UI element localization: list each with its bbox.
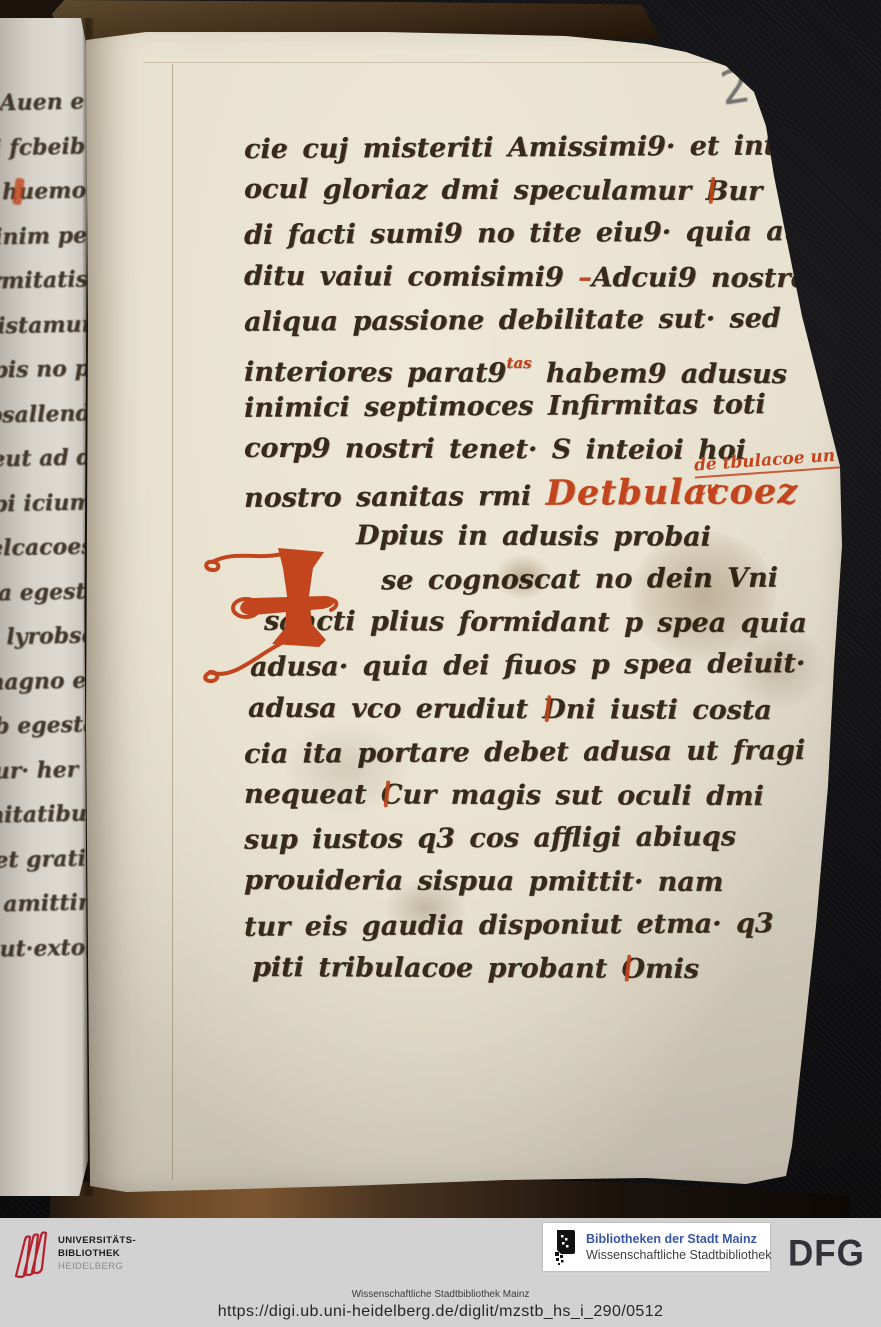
digitized-manuscript-viewer: ecs· Auen eOi fcbeibgfur huemoansinim pe…: [0, 0, 881, 1327]
manuscript-text: Dni iusti costa: [542, 694, 772, 726]
facing-page-line: ansinim pe: [0, 222, 87, 251]
manuscript-text: Adcui9 nostre: [592, 262, 808, 294]
manuscript-line: nequeat Cur magis sut oculi dmi: [244, 773, 764, 818]
facing-page-line: a· spi icium: [0, 489, 88, 518]
manuscript-text: cie cuj misteriti Amissimi9· et inteioib…: [244, 130, 870, 165]
manuscript-text: nostro sanitas rmi: [244, 480, 546, 513]
rubric-text: Detbulacoez: [545, 471, 798, 514]
facing-page-line: aut·extoll: [0, 934, 88, 963]
manuscript-text: di facti sumi9 no tite eiu9· quia au: [244, 216, 804, 251]
facing-page-line: mitatibus: [0, 800, 88, 829]
facing-page-line: Oi fcbeib: [0, 133, 85, 162]
footer-bar: UNIVERSITÄTS- BIBLIOTHEK HEIDELBERG: [0, 1218, 881, 1327]
facing-page-line: coltristamur: [0, 311, 88, 340]
facing-page-line: tur· her s: [0, 756, 88, 785]
manuscript-line: tur eis gaudia disponiut etma· q3: [244, 902, 774, 949]
manuscript-text: tas: [506, 354, 531, 372]
ruling-line-horizontal: [144, 62, 784, 63]
manuscript-line: se cognoscat no dein Vni: [381, 557, 778, 603]
manuscript-text: tur eis gaudia disponiut etma· q3: [244, 908, 774, 943]
facing-page: ecs· Auen eOi fcbeibgfur huemoansinim pe…: [0, 18, 88, 1196]
margin-note-red-sub: zu: [695, 477, 719, 499]
manuscript-text: inimici septimoces Infirmitas toti: [244, 389, 766, 424]
footer-url: https://digi.ub.uni-heidelberg.de/diglit…: [0, 1303, 881, 1321]
facing-page-line: infirmitatis: [0, 266, 88, 295]
manuscript-text: aliqua passione debilitate sut· sed: [244, 303, 781, 338]
facing-page-line: magno et: [0, 667, 88, 696]
manuscript-text: piti tribulacoe probant: [252, 952, 622, 985]
manuscript-line: cie cuj misteriti Amissimi9· et inteioib…: [244, 124, 870, 171]
manuscript-page: 253 cie cuj misteriti Amissimi9· et inte…: [86, 26, 848, 1192]
facing-page-line: ia ab egesta: [0, 711, 88, 740]
mainz-logo-block: Bibliotheken der Stadt Mainz Wissenschaf…: [543, 1223, 770, 1271]
facing-page-line: ad psallend: [0, 400, 88, 429]
manuscript-line: sup iustos q3 cos affligi abiuqs: [244, 815, 736, 861]
manuscript-line: di facti sumi9 no tite eiu9· quia au: [244, 210, 804, 257]
manuscript-text: interiores parat9: [244, 357, 507, 389]
manuscript-text: Dpius in adusis probai: [356, 520, 711, 553]
manuscript-line: inimici septimoces Infirmitas toti: [244, 383, 766, 430]
manuscript-text: –: [578, 262, 592, 293]
manuscript-line: ditu vaiui comisimi9 –Adcui9 nostre: [244, 254, 808, 299]
mainz-book-icon: [551, 1228, 577, 1266]
manuscript-text: nequeat: [244, 779, 381, 811]
rubricated-initial-icon: [198, 512, 378, 687]
manuscript-text: ditu vaiui comisimi9: [244, 260, 578, 292]
mainz-label-line1: Bibliotheken der Stadt Mainz: [586, 1231, 772, 1247]
pencil-folio-number: 253: [716, 46, 829, 116]
facing-page-line: a lyrobse: [0, 622, 88, 651]
dfg-logo: DFG: [788, 1233, 865, 1275]
facing-page-line: di amittim: [0, 889, 88, 918]
manuscript-text: cia ita portare debet adusa ut fragi: [244, 735, 805, 770]
facing-page-line: fiaeut ad d: [0, 444, 88, 473]
manuscript-text: se cognoscat no dein Vni: [381, 563, 778, 597]
ubh-logo-icon: [13, 1226, 49, 1282]
manuscript-line: aliqua passione debilitate sut· sed: [244, 297, 781, 344]
facing-page-line: o ista egesta: [0, 578, 88, 607]
manuscript-line: Dpius in adusis probai: [356, 514, 711, 559]
ubh-label-line1: UNIVERSITÄTS-: [58, 1234, 136, 1247]
manuscript-line: corp9 nostri tenet· S inteioi hoi: [244, 427, 746, 472]
manuscript-text: corp9 nostri tenet· S inteioi hoi: [244, 433, 746, 466]
manuscript-text: prouideria sispua pmittit· nam: [244, 865, 724, 898]
manuscript-text: ocul gloriaz dmi speculamur: [244, 174, 706, 207]
ubh-label-line3: HEIDELBERG: [58, 1260, 136, 1273]
manuscript-text: adusa vco erudiut: [248, 692, 542, 724]
ruling-line-vertical: [172, 64, 173, 1180]
footer-caption: Wissenschaftliche Stadtbibliothek Mainz: [0, 1289, 881, 1300]
photo-area: ecs· Auen eOi fcbeibgfur huemoansinim pe…: [0, 0, 881, 1218]
facing-page-text: ecs· Auen eOi fcbeibgfur huemoansinim pe…: [0, 88, 84, 91]
facing-page-line: ecs· Auen e: [0, 88, 85, 117]
manuscript-text: Cur magis sut oculi dmi: [381, 779, 764, 812]
ubh-logo-block: UNIVERSITÄTS- BIBLIOTHEK HEIDELBERG: [13, 1226, 136, 1282]
manuscript-text: Omis: [621, 953, 699, 984]
manuscript-line: piti tribulacoe probant Omis: [252, 946, 699, 991]
facing-page-line: s delcacoes: [0, 533, 88, 562]
facing-page-line: rpis no p: [0, 355, 88, 384]
manuscript-line: prouideria sispua pmittit· nam: [244, 859, 724, 904]
manuscript-line: adusa vco erudiut Dni iusti costa: [248, 686, 772, 731]
manuscript-line: ocul gloriaz dmi speculamur Bur: [244, 168, 762, 213]
manuscript-text: sup iustos q3 cos affligi abiuqs: [244, 821, 736, 855]
manuscript-line: cia ita portare debet adusa ut fragi: [244, 729, 805, 776]
mainz-label-line2: Wissenschaftliche Stadtbibliothek: [586, 1247, 772, 1263]
ubh-label-line2: BIBLIOTHEK: [58, 1247, 136, 1260]
facing-page-line: ·et gratia: [0, 845, 88, 874]
